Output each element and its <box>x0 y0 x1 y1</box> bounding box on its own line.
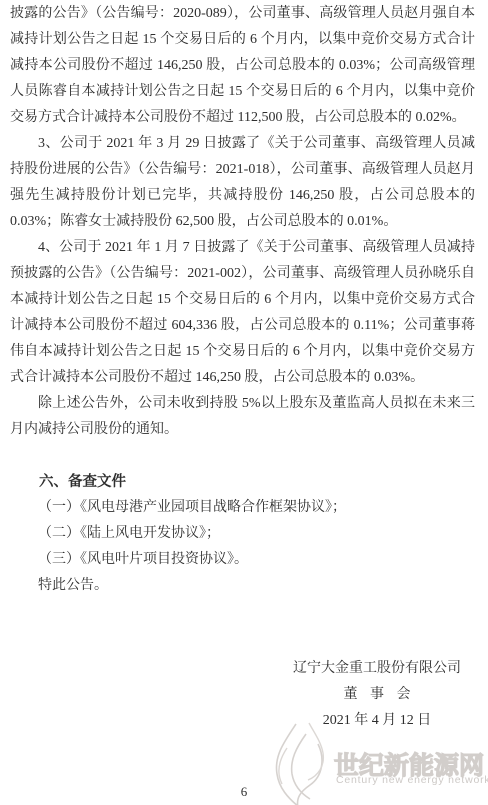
document-body: 披露的公告》（公告编号：2020-089），公司董事、高级管理人员赵月强自本减持… <box>10 1 475 734</box>
closing-statement: 特此公告。 <box>10 573 475 599</box>
body-paragraph-continuation: 披露的公告》（公告编号：2020-089），公司董事、高级管理人员赵月强自本减持… <box>10 1 475 131</box>
section-heading: 六、备查文件 <box>10 469 475 495</box>
flame-watermark-icon <box>268 722 336 805</box>
watermark-en-text: Century new energy network <box>336 774 488 786</box>
document-list-item-3: （三）《风电叶片项目投资协议》。 <box>10 547 475 573</box>
body-paragraph-note: 除上述公告外，公司未收到持股 5%以上股东及董监高人员拟在未来三月内减持公司股份… <box>10 391 475 443</box>
body-paragraph-item-3: 3、公司于 2021 年 3 月 29 日披露了《关于公司董事、高级管理人员减持… <box>10 131 475 235</box>
body-paragraph-item-4: 4、公司于 2021 年 1 月 7 日披露了《关于公司董事、高级管理人员减持预… <box>10 235 475 391</box>
page-number: 6 <box>241 784 248 800</box>
signature-company-name: 辽宁大金重工股份有限公司 <box>293 656 461 682</box>
signature-block: 辽宁大金重工股份有限公司 董 事 会 2021 年 4 月 12 日 <box>293 656 461 734</box>
document-list-item-2: （二）《陆上风电开发协议》； <box>10 521 475 547</box>
announcement-page: 披露的公告》（公告编号：2020-089），公司董事、高级管理人员赵月强自本减持… <box>0 0 488 805</box>
signature-board: 董 事 会 <box>344 682 411 708</box>
signature-date: 2021 年 4 月 12 日 <box>323 708 432 734</box>
watermark-cn-text: 世纪新能源网 <box>334 746 484 782</box>
document-list-item-1: （一）《风电母港产业园项目战略合作框架协议》； <box>10 495 475 521</box>
